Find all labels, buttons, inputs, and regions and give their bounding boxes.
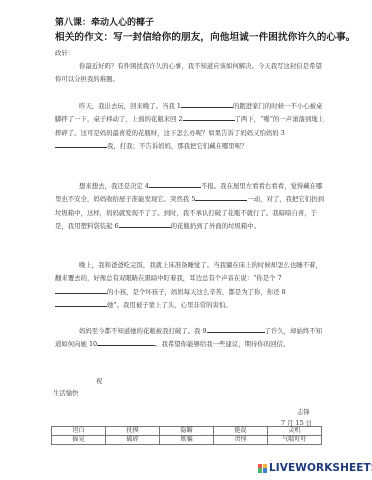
word-bank-cell: 坦白 xyxy=(52,427,106,436)
logo-text: LIVEWORKSHEETS xyxy=(269,462,372,474)
paragraph-text: 你最近好吗？有件困扰我许久的心事，我不知道应该如何解决。今天我写这封信是希望你可… xyxy=(55,62,322,83)
paragraph-text: 。我希望你能够给我一些建议，期待你的回信。 xyxy=(155,340,289,348)
letter-paragraph-2: 昨天，我出去玩，回来晚了。当我 1的跑进家门的时候一不小心被桌脚拌了一下，桌子移… xyxy=(55,100,325,154)
word-bank-cell: 抚摸 xyxy=(106,427,160,436)
liveworksheets-logo-icon xyxy=(258,464,267,473)
word-bank-cell: 破碎 xyxy=(106,436,160,445)
letter-sender: 志锋 xyxy=(297,407,310,416)
answer-blank-10[interactable] xyxy=(97,338,155,346)
letter-paragraph-3: 想来想去，我还是决定 4不报。我在屋里左看看右看看，觉得藏在哪里也不安全，妈妈收… xyxy=(55,180,325,234)
letter-paragraph-1: 你最近好吗？有件困扰我许久的心事，我不知道应该如何解决。今天我写这封信是希望你可… xyxy=(55,60,325,87)
paragraph-text: 她”。我用被子蒙上了头，心里非常的害怕。 xyxy=(107,301,232,309)
paragraph-text: 我，打我；不告诉妈妈，那我把它们藏在哪里呢？ xyxy=(107,142,248,150)
word-bank-cell: 责怪 xyxy=(214,436,268,445)
essay-prompt: 相关的作文：写一封信给你的朋友，向他坦诚一件困扰你许久的心事。 xyxy=(55,29,356,43)
letter-paragraph-5: 妈妈至今都不知道她的花瓶被我打破了。我 9了许久，却始终不知道如何向她 10。我… xyxy=(55,325,325,352)
liveworksheets-logo: LIVEWORKSHEETS xyxy=(258,462,372,474)
paragraph-text: 晚上，我和爸爸吃完饭，我就上床准备睡觉了。当我躺在床上的时候却怎么也睡不着，翻来… xyxy=(55,261,322,282)
word-bank-cell: 隐瞒 xyxy=(160,427,214,436)
paragraph-text: 想来想去，我还是决定 4 xyxy=(79,182,149,190)
word-bank-table: 坦白抚摸隐瞒挺混灵机摇晃破碎欺骗责怪气喘吁吁 xyxy=(51,426,322,445)
closing-blessing: 生活愉快 xyxy=(53,388,79,397)
letter-salutation: 政轩： xyxy=(55,48,75,57)
logo-square-1 xyxy=(258,464,262,468)
answer-blank-9[interactable] xyxy=(207,325,265,333)
word-bank-cell: 挺混 xyxy=(214,427,268,436)
answer-blank-6[interactable] xyxy=(119,220,171,228)
answer-blank-4[interactable] xyxy=(149,180,201,188)
closing-wish: 祝 xyxy=(96,376,102,385)
word-bank-row: 坦白抚摸隐瞒挺混灵机 xyxy=(52,427,322,436)
logo-square-2 xyxy=(263,464,267,468)
word-bank-cell: 欺骗 xyxy=(160,436,214,445)
paragraph-text: 的小孩，是个坏孩子，妈妈每天这么辛苦，都是为了你，你还 8 xyxy=(107,288,286,296)
word-bank-cell: 气喘吁吁 xyxy=(268,436,322,445)
word-bank-cell: 摇晃 xyxy=(52,436,106,445)
paragraph-text: 妈妈至今都不知道她的花瓶被我打破了。我 9 xyxy=(79,327,207,335)
answer-blank-5[interactable] xyxy=(195,193,247,201)
word-bank-row: 摇晃破碎欺骗责怪气喘吁吁 xyxy=(52,436,322,445)
answer-blank-3[interactable] xyxy=(55,140,107,148)
logo-square-4 xyxy=(263,468,267,472)
answer-blank-7[interactable] xyxy=(55,286,107,294)
word-bank-cell: 灵机 xyxy=(268,427,322,436)
answer-blank-1[interactable] xyxy=(181,100,233,108)
logo-square-3 xyxy=(258,468,262,472)
letter-paragraph-4: 晚上，我和爸爸吃完饭，我就上床准备睡觉了。当我躺在床上的时候却怎么也睡不着，翻来… xyxy=(55,259,325,313)
worksheet-page: 第八课：牵动人心的椰子 相关的作文：写一封信给你的朋友，向他坦诚一件困扰你许久的… xyxy=(0,0,372,480)
answer-blank-2[interactable] xyxy=(183,113,235,121)
lesson-title: 第八课：牵动人心的椰子 xyxy=(55,15,154,28)
paragraph-text: 的花瓶扔到了外面的垃圾箱中。 xyxy=(171,222,260,230)
answer-blank-8[interactable] xyxy=(55,299,107,307)
paragraph-text: 昨天，我出去玩，回来晚了。当我 1 xyxy=(79,102,181,110)
